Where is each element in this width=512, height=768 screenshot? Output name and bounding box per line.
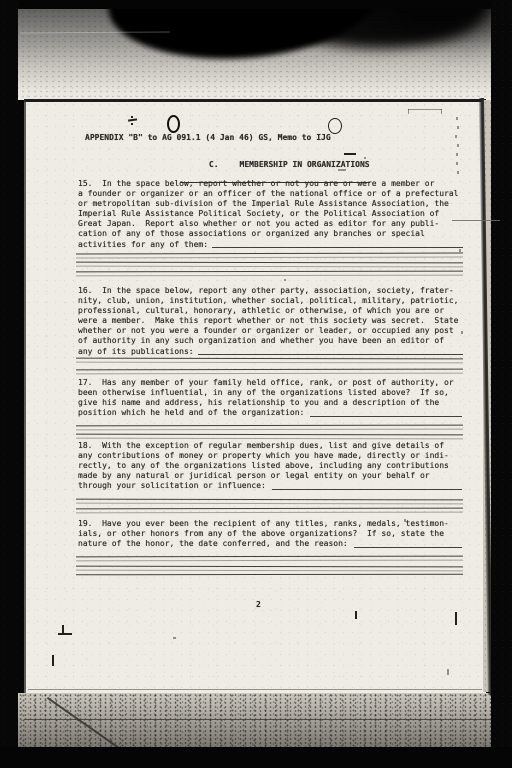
answer-line (76, 434, 463, 439)
scan-horizontal-line (24, 719, 492, 720)
answer-line (76, 574, 463, 577)
pencil-dash (344, 153, 356, 155)
page-bottom-edge (28, 689, 482, 690)
page-top-edge (24, 99, 486, 102)
answer-line (76, 252, 463, 258)
answer-line (76, 271, 463, 276)
speck-mark (114, 399, 116, 401)
pencil-bracket-mark (408, 109, 442, 110)
pencil-scribble (131, 123, 133, 125)
speck-mark (461, 331, 463, 334)
answer-line (76, 508, 463, 513)
answer-line (76, 262, 463, 267)
page-left-edge (24, 99, 26, 693)
scan-border-bottom (0, 747, 512, 768)
answer-line (76, 556, 463, 561)
section-label: C. (209, 160, 219, 169)
scan-border-left (0, 0, 18, 768)
speck-mark (459, 249, 461, 252)
speck-mark (173, 637, 176, 639)
punch-hole-mark (328, 118, 342, 134)
speck-mark (456, 153, 458, 156)
speck-mark (447, 669, 449, 675)
scan-border-top (0, 0, 512, 9)
pencil-scribble (128, 118, 137, 121)
answer-line (354, 547, 462, 549)
answer-line (198, 354, 463, 356)
answer-line (272, 489, 462, 491)
scanned-document: APPENDIX "B" to AG 091.1 (4 Jan 46) GS, … (0, 0, 512, 768)
pencil-bracket-mark (441, 109, 442, 114)
answer-line (212, 247, 463, 249)
question-18: 18. With the exception of regular member… (78, 441, 470, 491)
answer-line (76, 499, 463, 504)
pencil-bracket-mark (408, 109, 409, 114)
paper-page: APPENDIX "B" to AG 091.1 (4 Jan 46) GS, … (24, 99, 486, 693)
speck-mark (457, 171, 459, 174)
speck-mark (52, 655, 54, 666)
appendix-header: APPENDIX "B" to AG 091.1 (4 Jan 46) GS, … (85, 133, 331, 143)
speck-mark (456, 162, 458, 165)
speck-mark (455, 135, 457, 138)
speck-mark (457, 126, 459, 129)
speck-mark (355, 611, 357, 619)
answer-line (310, 416, 462, 418)
pencil-scribble (131, 116, 133, 118)
scan-noise-band (18, 693, 492, 749)
question-19: 19. Have you ever been the recipient of … (78, 519, 470, 549)
scan-top-exposure-band (14, 4, 494, 100)
answer-line (76, 358, 463, 363)
answer-line (76, 369, 463, 374)
speck-mark (404, 519, 406, 522)
scan-border-right (491, 0, 512, 768)
speck-mark (284, 279, 286, 281)
section-title: MEMBERSHIP IN ORGANIZATIONS (240, 160, 370, 169)
question-15: 15. In the space below, report whether o… (78, 179, 470, 250)
speck-mark (455, 612, 457, 625)
pencil-dash (338, 169, 346, 171)
speck-mark (456, 117, 458, 120)
speck-mark (457, 144, 459, 147)
speck-mark (58, 633, 72, 635)
answer-line (76, 566, 463, 571)
question-16: 16. In the space below, report any other… (78, 286, 470, 357)
speck-mark (62, 625, 64, 635)
page-number: 2 (256, 600, 261, 610)
answer-line (76, 425, 463, 430)
scan-scratch-line (452, 220, 500, 221)
question-17: 17. Has any member of your family held o… (78, 378, 470, 418)
punch-hole-mark (167, 115, 180, 133)
speck-mark (364, 157, 366, 159)
